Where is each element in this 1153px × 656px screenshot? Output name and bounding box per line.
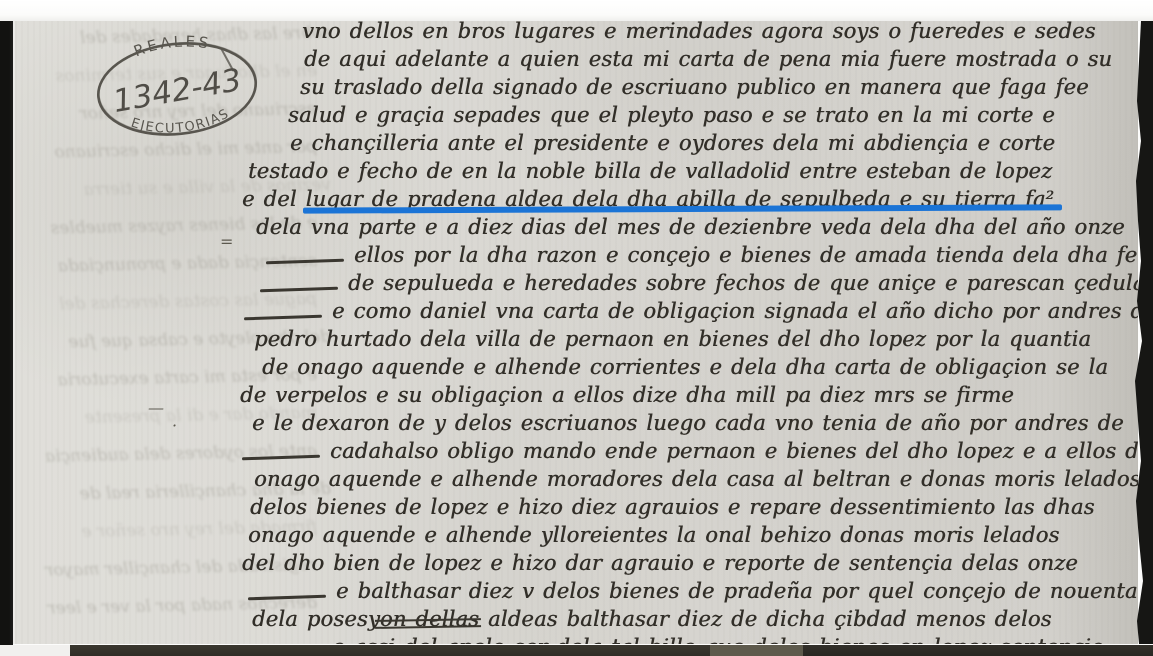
manuscript-line: su traslado della signado de escriuano p… bbox=[300, 74, 1138, 102]
paper: REALES EJECUTORIAS 1342-43 vno dellos en… bbox=[13, 21, 1138, 644]
manuscript-line: salud e graçia sepades que el pleyto pas… bbox=[288, 102, 1138, 130]
svg-text:REALES: REALES bbox=[131, 29, 215, 61]
margin-ink-mark: · bbox=[172, 416, 177, 435]
manuscript-line: e le dexaron de y delos escriuanos luego… bbox=[252, 410, 1138, 438]
manuscript-line: cadahalso obligo mando ende pernaon e bi… bbox=[242, 438, 1138, 466]
scan-edge-right bbox=[1128, 21, 1153, 644]
manuscript-scan: REALES EJECUTORIAS 1342-43 vno dellos en… bbox=[0, 0, 1153, 656]
manuscript-line: dela vna parte e a diez dias del mes de … bbox=[256, 214, 1138, 242]
manuscript-line: e chançilleria ante el presidente e oydo… bbox=[290, 130, 1138, 158]
manuscript-line: ellos por la dha razon e conçejo e biene… bbox=[266, 242, 1138, 270]
manuscript-line: de aqui adelante a quien esta mi carta d… bbox=[304, 46, 1138, 74]
manuscript-line: testado e fecho de en la noble billa de … bbox=[248, 158, 1138, 186]
manuscript-line: del dho bien de lopez e hizo dar agrauio… bbox=[242, 550, 1138, 578]
scan-edge-left bbox=[0, 21, 13, 648]
archive-stamp: REALES EJECUTORIAS 1342-43 bbox=[75, 25, 279, 151]
torn-page-edge bbox=[1135, 21, 1153, 644]
bottom-bar-light-segment bbox=[710, 645, 803, 656]
ink-double-underline bbox=[375, 618, 481, 629]
stamp-text-top: REALES bbox=[131, 29, 215, 61]
bottom-bar-dark-segment-left bbox=[70, 645, 710, 656]
bottom-bar-dark-segment-right bbox=[803, 645, 1153, 656]
manuscript-line: e assi del apelo ser dela tal bille que … bbox=[332, 634, 1138, 644]
manuscript-line: e como daniel vna carta de obligaçion si… bbox=[244, 298, 1138, 326]
manuscript-line: de verpelos e su obligaçion a ellos dize… bbox=[240, 382, 1138, 410]
manuscript-line: vno dellos en bros lugares e merindades … bbox=[302, 21, 1138, 46]
manuscript-line: pedro hurtado dela villa de pernaon en b… bbox=[254, 326, 1138, 354]
manuscript-line: e balthasar diez v delos bienes de prade… bbox=[248, 578, 1138, 606]
manuscript-line: onago aquende e alhende ylloreientes la … bbox=[248, 522, 1138, 550]
bottom-bar-white-segment bbox=[0, 645, 70, 656]
manuscript-line: de sepulueda e heredades sobre fechos de… bbox=[260, 270, 1138, 298]
margin-ink-mark: — bbox=[148, 398, 164, 417]
margin-ink-mark: = bbox=[220, 232, 233, 251]
manuscript-line: onago aquende e alhende moradores dela c… bbox=[254, 466, 1138, 494]
scan-bar-bottom bbox=[0, 645, 1153, 656]
manuscript-line: de onago aquende e alhende corrientes e … bbox=[262, 354, 1138, 382]
manuscript-line: delos bienes de lopez e hizo diez agraui… bbox=[250, 494, 1138, 522]
scan-top-margin bbox=[0, 0, 1153, 21]
